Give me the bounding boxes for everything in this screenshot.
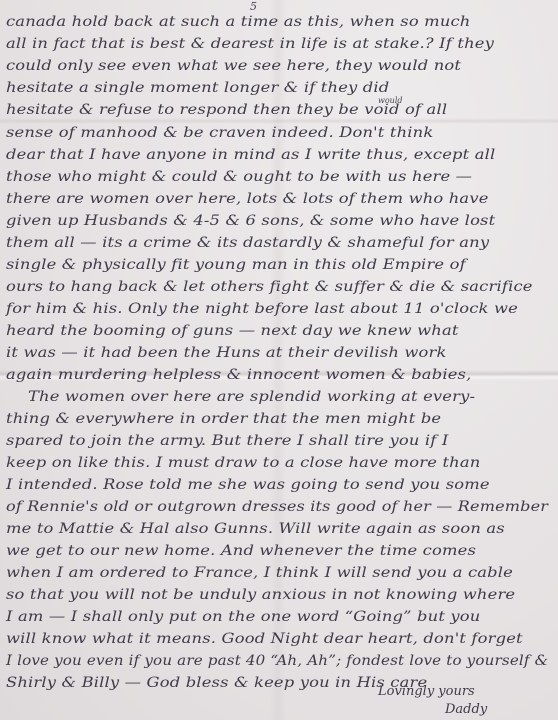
letter-line: will know what it means. Good Night dear… [6, 631, 523, 647]
letter-line: them all — its a crime & its dastardly &… [6, 235, 489, 251]
letter-line: spared to join the army. But there I sha… [6, 433, 448, 449]
letter-line: Shirly & Billy — God bless & keep you in… [6, 675, 427, 691]
letter-line: heard the booming of guns — next day we … [6, 323, 459, 339]
letter-line: could only see even what we see here, th… [6, 58, 461, 74]
letter-page: 5 canada hold back at such a time as thi… [0, 0, 558, 720]
letter-line: I am — I shall only put on the one word … [6, 609, 480, 625]
letter-line: dear that I have anyone in mind as I wri… [6, 147, 495, 163]
letter-line: we get to our new home. And whenever the… [6, 543, 476, 559]
letter-line: hesitate a single moment longer & if the… [6, 80, 389, 96]
letter-line: of Rennie's old or outgrown dresses its … [6, 499, 548, 515]
letter-line: ours to hang back & let others fight & s… [6, 279, 533, 295]
letter-line: single & physically fit young man in thi… [6, 257, 466, 273]
letter-line: I intended. Rose told me she was going t… [6, 477, 490, 493]
signature: Daddy [445, 702, 487, 717]
letter-line: thing & everywhere in order that the men… [6, 411, 441, 427]
letter-line: so that you will not be unduly anxious i… [6, 587, 515, 603]
letter-line: sense of manhood & be craven indeed. Don… [6, 125, 433, 141]
letter-line: keep on like this. I must draw to a clos… [6, 455, 480, 471]
letter-line: for him & his. Only the night before las… [6, 301, 518, 317]
letter-line: again murdering helpless & innocent wome… [6, 367, 471, 383]
letter-line: given up Husbands & 4-5 & 6 sons, & some… [6, 213, 495, 229]
letter-line: there are women over here, lots & lots o… [6, 191, 489, 207]
letter-line: when I am ordered to France, I think I w… [6, 565, 513, 581]
letter-line: canada hold back at such a time as this,… [6, 14, 470, 30]
closing: Lovingly yours [378, 684, 475, 699]
letter-line: The women over here are splendid working… [28, 389, 475, 405]
letter-line: those who might & could & ought to be wi… [6, 169, 472, 185]
letter-line: me to Mattie & Hal also Gunns. Will writ… [6, 521, 505, 537]
page-number: 5 [250, 0, 257, 13]
letter-line: hesitate & refuse to respond then they b… [6, 102, 447, 118]
letter-line: it was — it had been the Huns at their d… [6, 345, 447, 361]
letter-line: all in fact that is best & dearest in li… [6, 36, 494, 52]
letter-line: I love you even if you are past 40 “Ah, … [6, 653, 548, 669]
